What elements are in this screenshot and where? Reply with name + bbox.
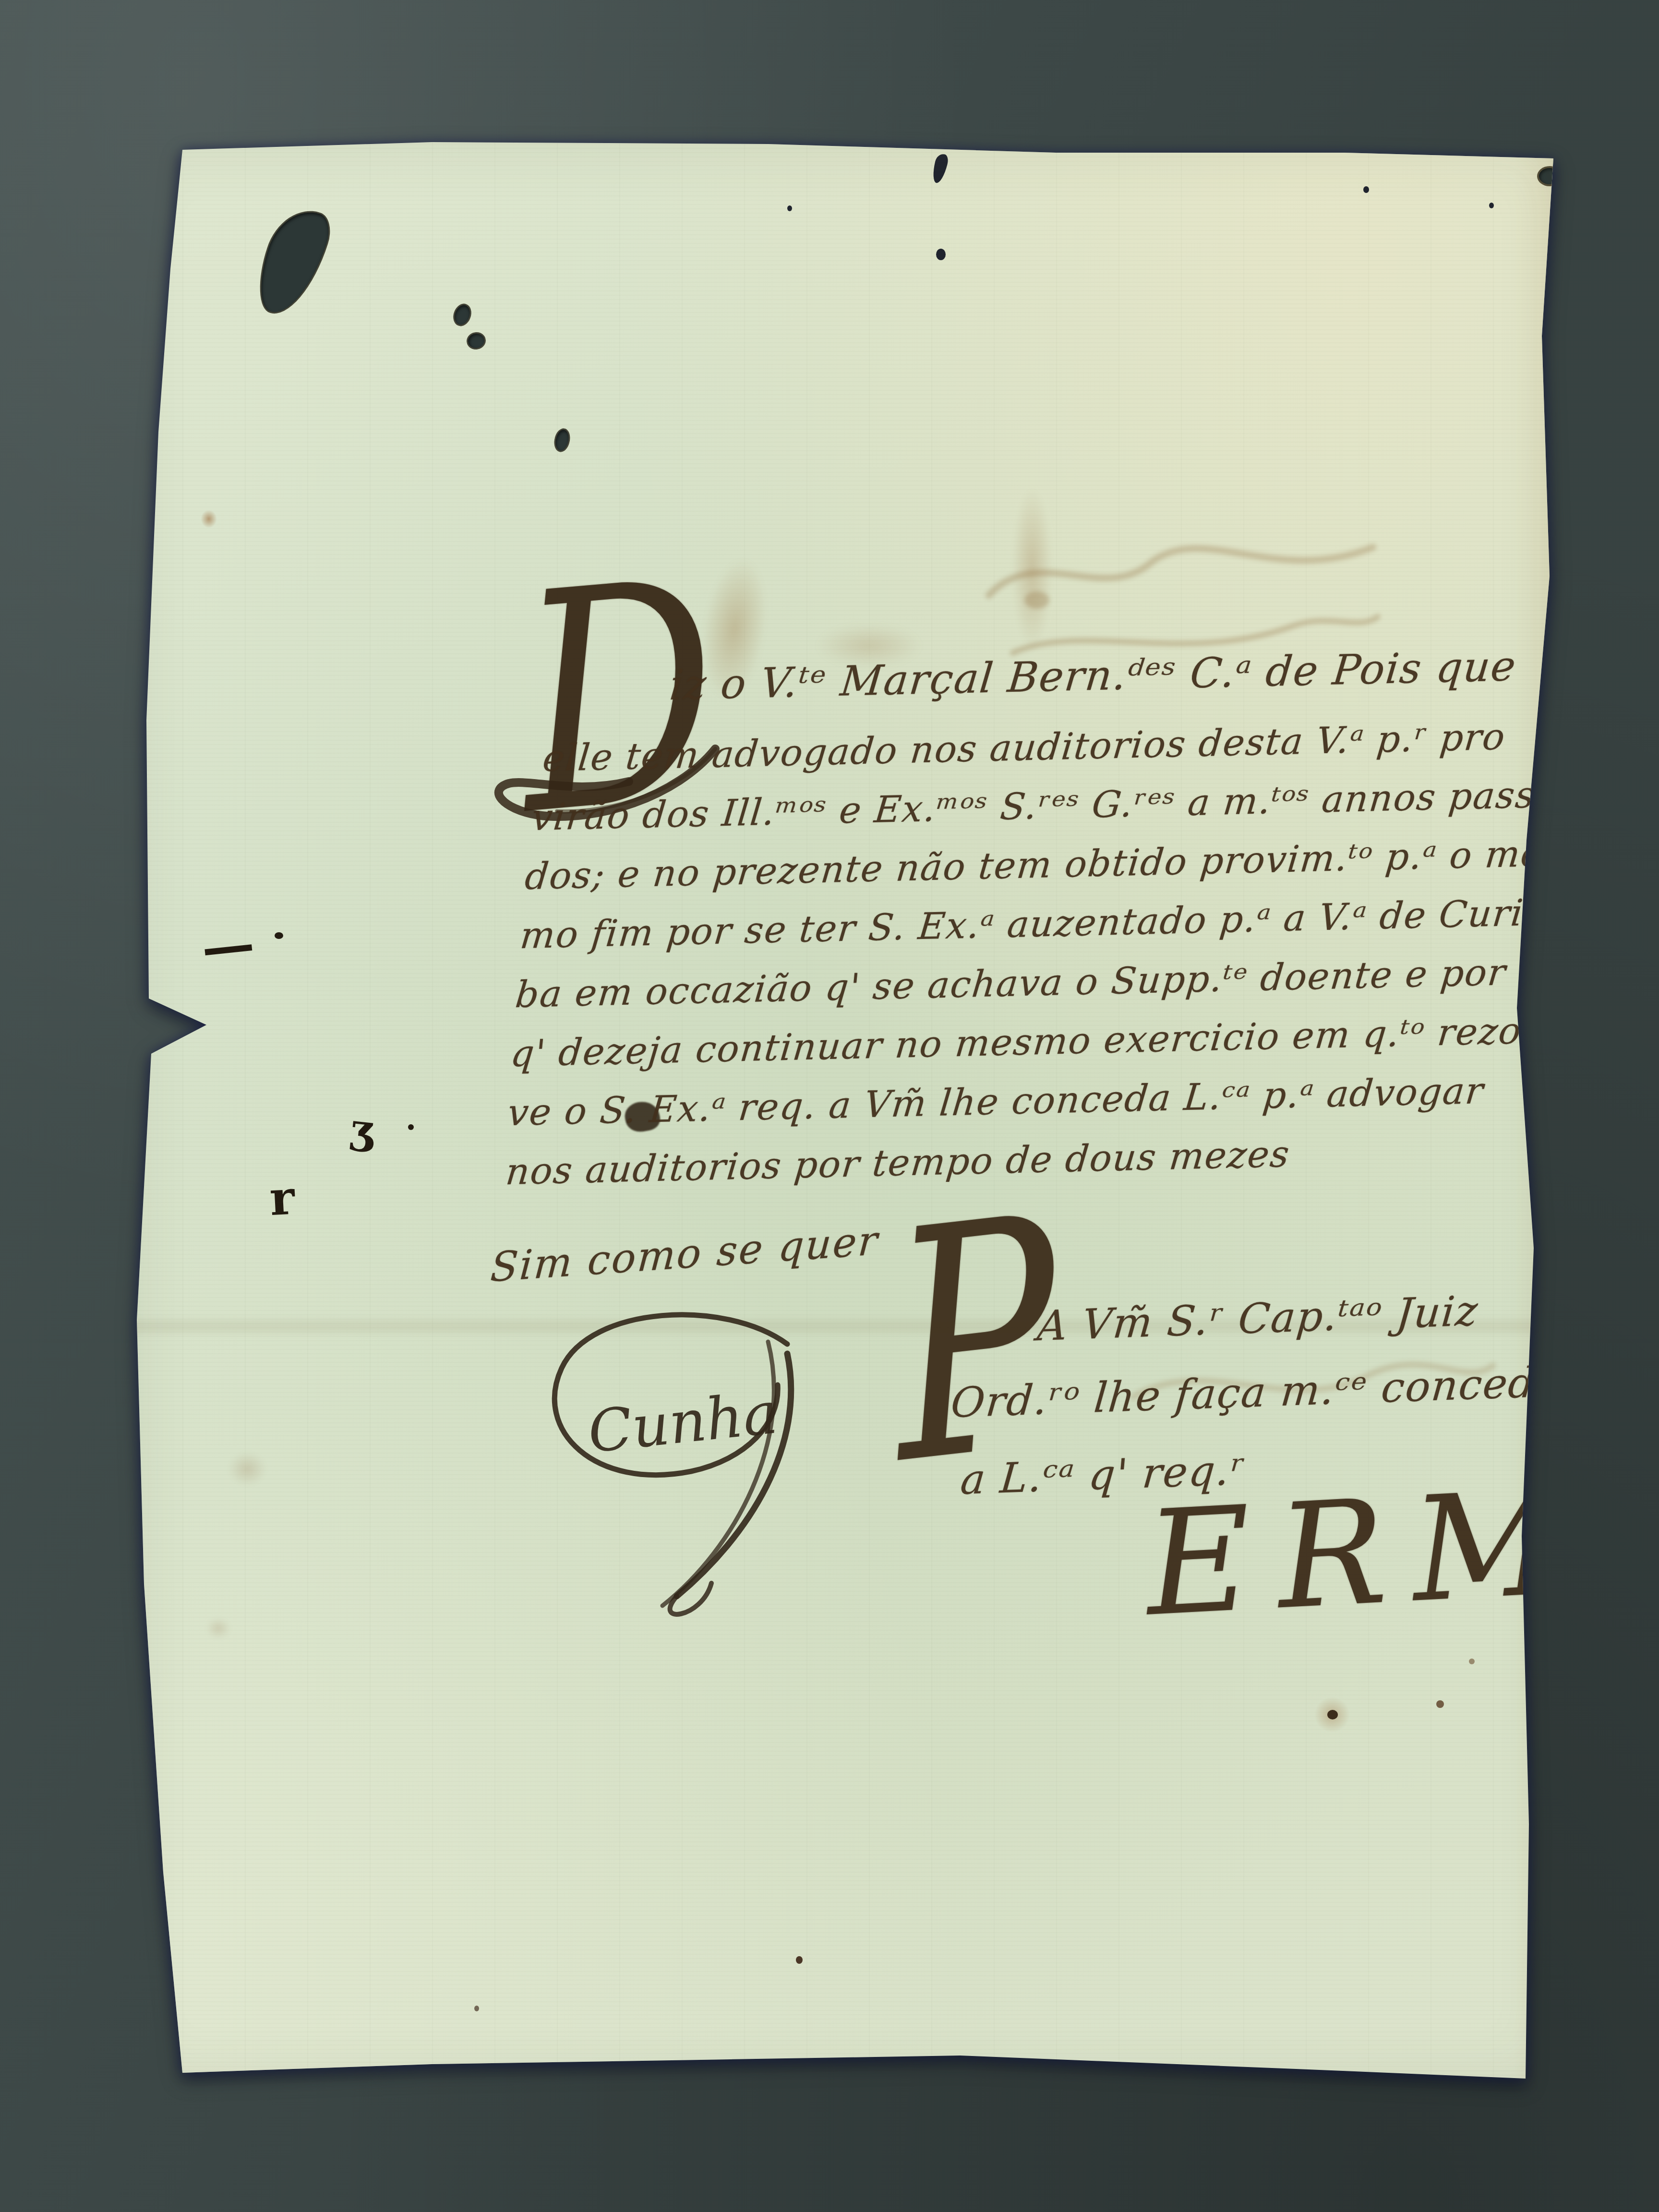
lower-left-stain: [228, 1452, 266, 1486]
petition-line-6: ba em occazião q' se achava o Supp.ᵗᵉ do…: [514, 954, 1508, 1013]
approval-note: Sim como se quer: [489, 1220, 880, 1287]
petition-line-7: q' dezeja continuar no mesmo exercicio e…: [509, 1012, 1536, 1072]
fox-spot-faint: [1469, 1659, 1475, 1664]
signature-flourish: Cunha: [518, 1286, 826, 1632]
petition-line-1: iz o V.ᵗᵉ Marçal Bern.ᵈᵉˢ C.ᵃ de Pois qu…: [668, 646, 1518, 706]
bottom-speck: [796, 1956, 803, 1964]
worm-hole-small-1: [450, 301, 474, 328]
edge-speck-3: [1489, 203, 1494, 208]
erm-monogram: ERM: [1142, 1470, 1590, 1637]
worm-hole-small-2: [465, 331, 487, 351]
fox-spot-small: [1436, 1700, 1444, 1708]
manuscript-paper: — ʒ r D iz o V.ᵗᵉ Marçal Bern.ᵈᵉˢ C.ᵃ de…: [120, 134, 1565, 2093]
edge-speck-2: [1363, 186, 1369, 193]
signature-name: Cunha: [585, 1380, 781, 1466]
fox-spot-core: [1327, 1710, 1338, 1719]
margin-dash-mark: —: [199, 917, 257, 975]
corner-hole: [1537, 166, 1562, 186]
worm-hole-large: [248, 200, 337, 323]
worm-hole-small-3: [552, 427, 572, 454]
paper-shadow-wrap: — ʒ r D iz o V.ᵗᵉ Marçal Bern.ᵈᵉˢ C.ᵃ de…: [0, 0, 1659, 2212]
ink-comma-mark: [930, 153, 950, 184]
lower-left-stain-2: [206, 1618, 230, 1639]
bottom-speck-2: [474, 2006, 479, 2011]
edge-speck-1: [787, 205, 792, 211]
manuscript-photograph: — ʒ r D iz o V.ᵗᵉ Marçal Bern.ᵈᵉˢ C.ᵃ de…: [0, 0, 1659, 2212]
ink-dot-mark: [936, 249, 946, 260]
petition-line-5: mo fim por se ter S. Ex.ᵃ auzentado p.ᵃ …: [518, 895, 1525, 954]
margin-dash-dot: [275, 932, 283, 939]
petition-line-8: ve o S. Ex.ᵃ req. a Vm̃ lhe conceda L.ᶜᵃ…: [506, 1072, 1486, 1131]
margin-squiggle-mark: ʒ: [349, 1108, 376, 1152]
corner-rust-spot: [201, 510, 217, 528]
margin-squiggle-dot: [408, 1124, 414, 1130]
margin-tee-mark: r: [268, 1175, 296, 1223]
